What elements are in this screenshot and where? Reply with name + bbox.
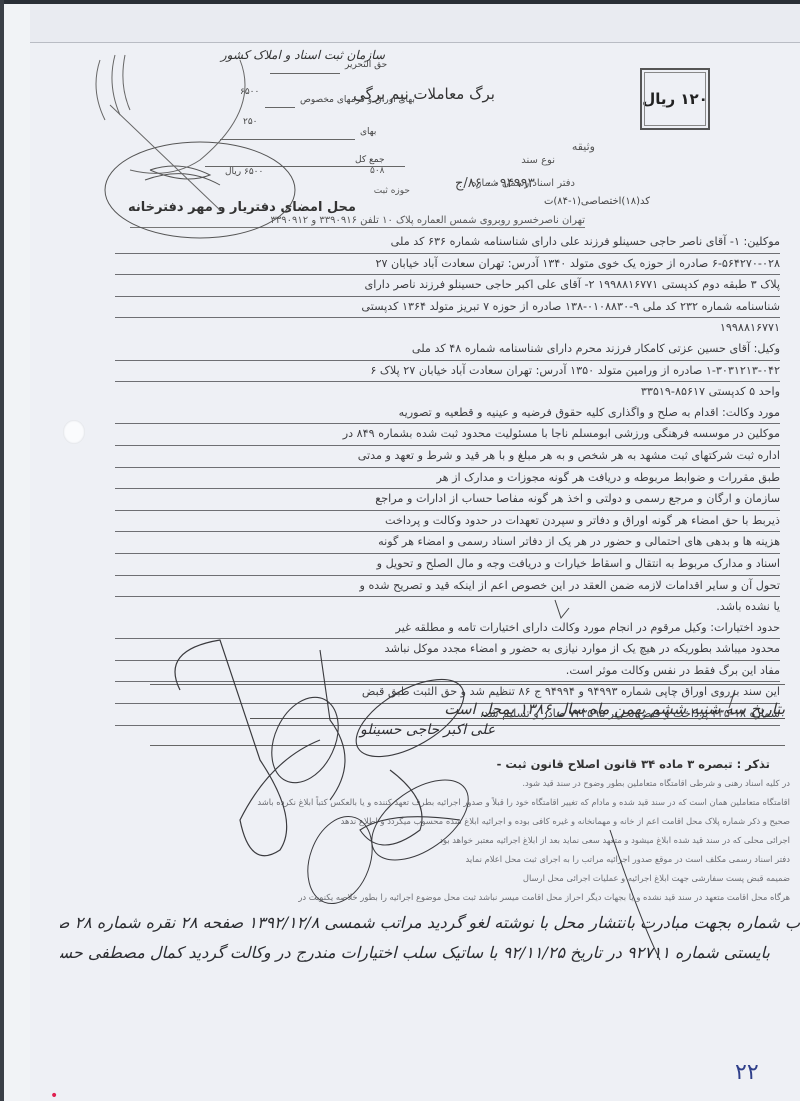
page-number: ۲۲: [735, 1060, 759, 1085]
body-line: ذیربط با حق امضاء هر گونه اوراق و دفاتر …: [115, 511, 780, 533]
body-line: اداره ثبت شرکتهای ثبت مشهد به هر شخص و ب…: [115, 446, 780, 468]
signatory-name: علی اکبر حاجی حسینلو: [360, 722, 495, 738]
body-line: پلاک ۳ طبقه دوم کدپستی ۱۹۹۸۸۱۶۷۷۱ ۲- آقا…: [115, 275, 780, 297]
fee-line: [205, 166, 350, 167]
body-line: واحد ۵ کدپستی ۸۵۶۱۷-۳۳۵۱۹: [115, 382, 780, 403]
fee-label: حق التحریر: [345, 60, 387, 70]
red-margin-mark: •: [50, 1088, 58, 1101]
fee-label: بهای اوراق و فرمهای مخصوص: [300, 95, 415, 105]
stamp-signature-label: محل امضای دفتریار و مهر دفترخانه: [128, 200, 356, 215]
document-body: موکلین: ۱- آقای ناصر حاجی حسینلو فرزند ع…: [115, 232, 780, 726]
note-line: دفتر اسناد رسمی مکلف است در موقع صدور اج…: [250, 850, 790, 869]
body-line: مفاد این برگ فقط در نفس وکالت موثر است.: [115, 661, 780, 683]
body-line: شناسنامه شماره ۲۳۲ کد ملی ۹-۰۱۰۸۸۳۰-۱۳۸ …: [115, 297, 780, 319]
annotation-line: بایستی شماره ۹۲۷۱۱ در تاریخ ۹۲/۱۱/۲۵ با …: [60, 938, 800, 968]
register-number: ۰۰۹۴۹۹۳ ۸۶/ج: [455, 176, 535, 191]
date-line: بتاریخ سه شنبه ششم بهمن ماه سال ۱۳۸۶ بمح…: [250, 700, 785, 719]
body-line: ۱۹۹۸۸۱۶۷۷۱: [115, 318, 780, 339]
body-line: یا نشده باشد.: [115, 597, 780, 618]
document-type-label: نوع سند: [521, 155, 555, 166]
note-line: در کلیه اسناد رهنی و شرطی اقامتگاه متعام…: [250, 774, 790, 793]
fee-line: [265, 107, 295, 108]
body-line: تحول آن و سایر اقدامات لازمه ضمن العقد د…: [115, 576, 780, 598]
handwritten-annotation: ب شماره بجهت مبادرت بانتشار محل با نوشته…: [60, 908, 800, 968]
fee-value: ۲۵۰: [243, 117, 258, 127]
body-line: موکلین: ۱- آقای ناصر حاجی حسینلو فرزند ع…: [115, 232, 780, 254]
fee-value: ۶۵۰۰ ریال: [225, 167, 263, 177]
body-line: اسناد و مدارک مربوط به انتقال و اسقاط خی…: [115, 554, 780, 576]
price-stamp-box: ۱۲۰ ریال: [640, 68, 710, 130]
body-line: ۶-۵۶۴۲۷۰-۰۲۸ صادره از حوزه یک خوی متولد …: [115, 254, 780, 276]
body-line: محدود میباشد بطوریکه در هیچ یک از موارد …: [115, 639, 780, 661]
note-line: اقامتگاه متعاملین همان است که در سند قید…: [250, 793, 790, 812]
note-line: اجرائی محلی که در سند قید شده ابلاغ میشو…: [250, 831, 790, 850]
legal-note-body: در کلیه اسناد رهنی و شرطی اقامتگاه متعام…: [250, 774, 790, 907]
fee-line: [270, 73, 340, 74]
body-line: حدود اختیارات: وکیل مرقوم در انجام مورد …: [115, 618, 780, 640]
body-line: وکیل: آقای حسین عزتی کامکار فرزند محرم د…: [115, 339, 780, 361]
wathiqe-label: وثیقه: [572, 140, 595, 153]
scan-frame-top: [0, 0, 800, 4]
code-label: کد(۱۸)اختصاصی(۱-۸۴)ت: [544, 196, 650, 207]
fees-block: حق التحریر بهای اوراق و فرمهای مخصوص ۶۵۰…: [125, 55, 425, 205]
body-line: هزینه ها و بدهی های احتمالی و حضور در هر…: [115, 532, 780, 554]
note-line: ضمیمه قبض پست سفارشی جهت ابلاغ اجرائیه و…: [250, 869, 790, 888]
office-address: تهران ناصرخسرو روبروی شمس العماره پلاک ۱…: [130, 215, 585, 228]
note-line: صحیح و ذکر شماره پلاک محل اقامت اعم از خ…: [250, 812, 790, 831]
fee-value: ۶۵۰۰: [240, 87, 259, 97]
body-line: طبق مقررات و ضوابط مربوطه و دریافت هر گو…: [115, 468, 780, 490]
legal-note-title: تذکر : تبصره ۳ ماده ۳۴ قانون اصلاح قانون…: [497, 757, 770, 771]
body-line: مورد وکالت: اقدام به صلح و واگذاری کلیه …: [115, 403, 780, 425]
signature-line: [150, 745, 785, 746]
annotation-line: ب شماره بجهت مبادرت بانتشار محل با نوشته…: [60, 908, 800, 938]
body-line: موکلین در موسسه فرهنگی ورزشی ابومسلم ناج…: [115, 424, 780, 446]
fee-line: [220, 139, 355, 140]
body-line: سازمان و ارگان و مرجع رسمی و دولتی و اخذ…: [115, 489, 780, 511]
fee-label: جمع کل: [355, 155, 385, 165]
body-line: ۱-۳۰۳۱۲۱۳-۰۴۲ صادره از ورامین متولد ۱۳۵۰…: [115, 361, 780, 383]
note-line: هرگاه محل اقامت متعهد در سند قید نشده و …: [250, 888, 790, 907]
binding-margin: [4, 4, 30, 1101]
signature-line: [150, 684, 785, 685]
fee-label: بهای: [360, 127, 376, 137]
punch-hole: [63, 420, 85, 444]
